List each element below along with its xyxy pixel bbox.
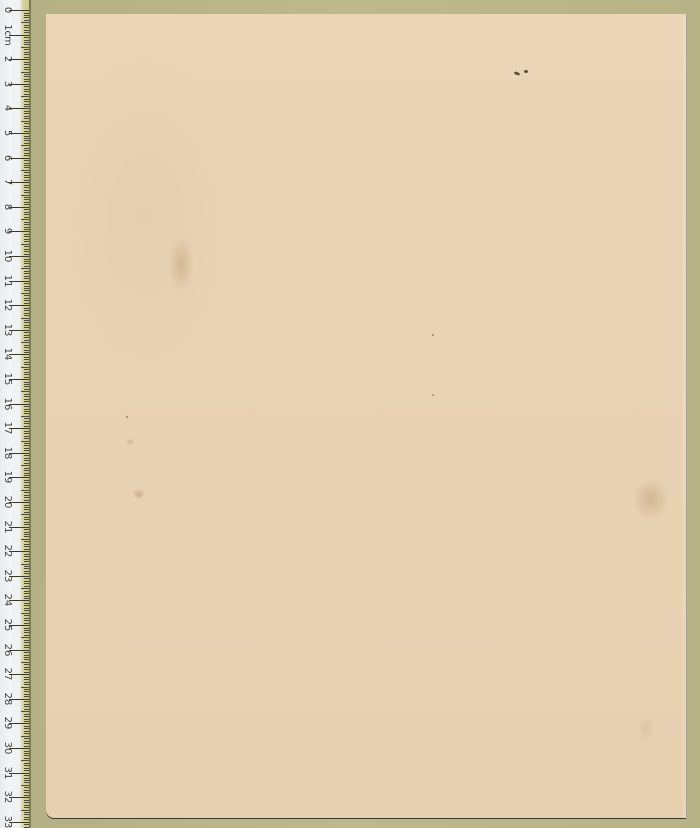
speck	[432, 394, 434, 396]
ruler-tick	[21, 465, 29, 466]
ruler-tick	[21, 810, 29, 811]
ruler-tick	[21, 539, 29, 540]
blank-paper-sheet	[46, 14, 686, 818]
ruler-label: 2	[2, 52, 12, 66]
ruler-tick	[21, 268, 29, 269]
ruler-tick	[21, 588, 29, 589]
ruler-label: 31	[2, 766, 12, 780]
speck	[432, 334, 434, 336]
ruler-label: 25	[2, 618, 12, 632]
ruler-tick	[21, 96, 29, 97]
ruler-label: 30	[2, 741, 12, 755]
ruler-tick	[21, 219, 29, 220]
ruler-label: 16	[2, 397, 12, 411]
ruler-label: 13	[2, 323, 12, 337]
ruler-label: 22	[2, 544, 12, 558]
ruler-tick	[21, 736, 29, 737]
ruler-label: 21	[2, 520, 12, 534]
ruler-label: 24	[2, 593, 12, 607]
ruler-label: 3	[2, 77, 12, 91]
ruler: 01cm234567891011121314151617181920212223…	[0, 0, 30, 828]
ruler-tick	[21, 318, 29, 319]
ruler-tick	[21, 441, 29, 442]
ruler-tick	[21, 22, 29, 23]
ruler-tick	[21, 785, 29, 786]
ruler-label: 6	[2, 151, 12, 165]
ruler-label: 0	[2, 3, 12, 17]
ruler-tick	[21, 564, 29, 565]
ruler-tick	[21, 170, 29, 171]
ruler-tick	[21, 195, 29, 196]
ruler-tick	[21, 711, 29, 712]
ruler-tick	[21, 613, 29, 614]
ruler-tick	[21, 47, 29, 48]
ruler-label: 29	[2, 716, 12, 730]
ruler-label: 17	[2, 421, 12, 435]
ruler-tick	[21, 145, 29, 146]
ink-mark	[514, 71, 521, 76]
ruler-tick	[21, 416, 29, 417]
ruler-label: 33	[2, 815, 12, 828]
ruler-label: 20	[2, 495, 12, 509]
ruler-tick	[21, 391, 29, 392]
ruler-label: 27	[2, 667, 12, 681]
ruler-label: 23	[2, 569, 12, 583]
ruler-label: 1cm	[2, 24, 12, 46]
ruler-tick	[21, 244, 29, 245]
ruler-tick	[21, 121, 29, 122]
ink-mark	[524, 70, 528, 73]
ruler-label: 18	[2, 446, 12, 460]
ruler-tick	[21, 637, 29, 638]
speck	[126, 416, 128, 418]
ruler-label: 5	[2, 126, 12, 140]
ruler-tick	[21, 687, 29, 688]
ruler-label: 15	[2, 372, 12, 386]
ruler-tick	[21, 72, 29, 73]
ruler-tick	[21, 490, 29, 491]
ruler-label: 32	[2, 790, 12, 804]
ruler-label: 28	[2, 692, 12, 706]
ruler-label: 19	[2, 470, 12, 484]
paper-edge	[683, 14, 687, 818]
ruler-label: 10	[2, 249, 12, 263]
ruler-tick	[21, 760, 29, 761]
ruler-label: 4	[2, 101, 12, 115]
ruler-label: 11	[2, 274, 12, 288]
ruler-tick	[21, 342, 29, 343]
ruler-label: 8	[2, 200, 12, 214]
ruler-tick	[21, 662, 29, 663]
ruler-tick	[21, 514, 29, 515]
ruler-label: 9	[2, 224, 12, 238]
ruler-label: 14	[2, 347, 12, 361]
ruler-tick	[21, 293, 29, 294]
ruler-label: 7	[2, 175, 12, 189]
ruler-tick	[21, 367, 29, 368]
ruler-label: 12	[2, 298, 12, 312]
ruler-edge	[29, 0, 31, 828]
ruler-label: 26	[2, 643, 12, 657]
